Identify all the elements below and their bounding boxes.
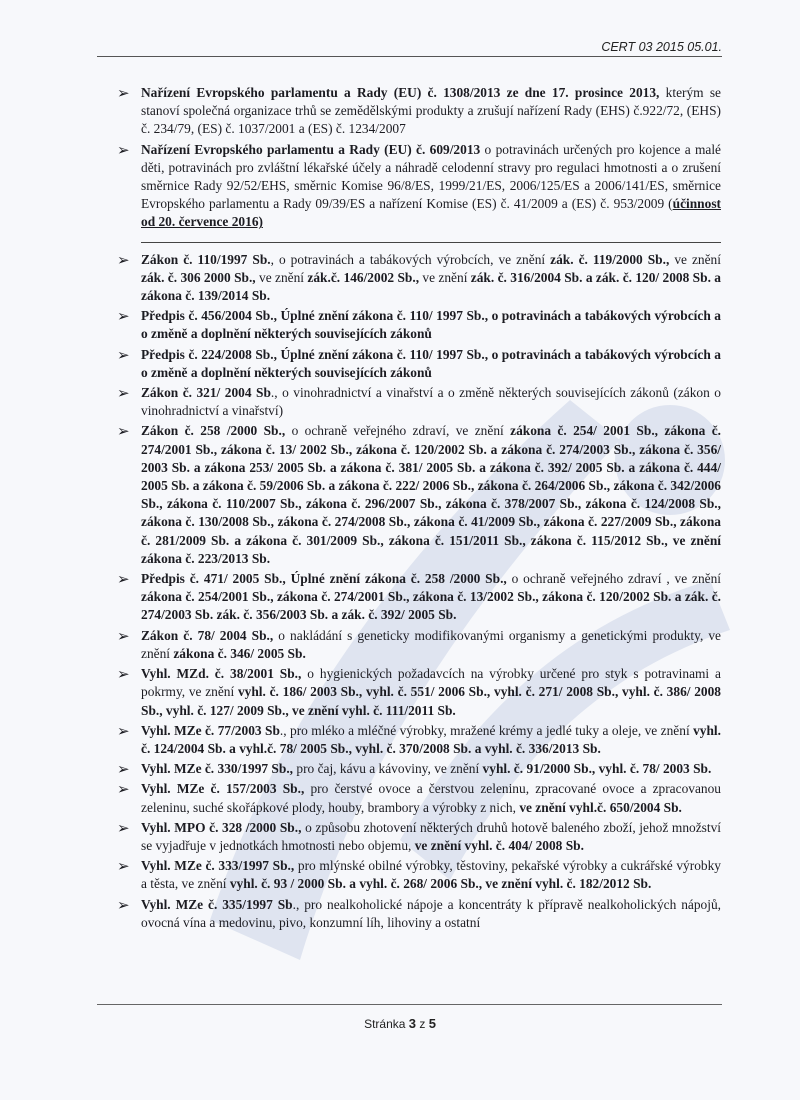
arrow-bullet-icon: ➢ xyxy=(117,760,130,778)
header-divider xyxy=(97,56,722,57)
arrow-bullet-icon: ➢ xyxy=(117,570,130,588)
list-item: ➢Vyhl. MZe č. 333/1997 Sb., pro mlýnské … xyxy=(117,857,721,893)
document-page: CERT 03 2015 05.01. ➢Nařízení Evropského… xyxy=(0,0,800,1100)
list-item: ➢Zákon č. 110/1997 Sb., o potravinách a … xyxy=(117,251,721,306)
legal-reference: Vyhl. MZe č. 157/2003 Sb., xyxy=(141,781,304,796)
arrow-bullet-icon: ➢ xyxy=(117,857,130,875)
legal-reference: zákona č. 346/ 2005 Sb. xyxy=(173,646,305,661)
legal-reference: Nařízení Evropského parlamentu a Rady (E… xyxy=(141,85,659,100)
arrow-bullet-icon: ➢ xyxy=(117,346,130,364)
item-text: ., pro mléko a mléčné výrobky, mražené k… xyxy=(280,723,693,738)
list-item: ➢Vyhl. MZd. č. 38/2001 Sb., o hygienický… xyxy=(117,665,721,720)
legal-reference: Zákon č. 258 /2000 Sb., xyxy=(141,423,285,438)
item-text: ve znění xyxy=(256,270,308,285)
arrow-bullet-icon: ➢ xyxy=(117,84,130,102)
total-pages: 5 xyxy=(429,1016,436,1031)
arrow-bullet-icon: ➢ xyxy=(117,819,130,837)
list-item: ➢Vyhl. MZe č. 330/1997 Sb., pro čaj, káv… xyxy=(117,760,721,778)
list-item: ➢Zákon č. 78/ 2004 Sb., o nakládání s ge… xyxy=(117,627,721,663)
arrow-bullet-icon: ➢ xyxy=(117,307,130,325)
arrow-bullet-icon: ➢ xyxy=(117,665,130,683)
legal-reference: ve znění vyhl. č. 404/ 2008 Sb. xyxy=(415,838,584,853)
list-item: ➢Předpis č. 471/ 2005 Sb., Úplné znění z… xyxy=(117,570,721,625)
legal-reference: zák. č. 306 2000 Sb., xyxy=(141,270,256,285)
legal-reference: Vyhl. MPO č. 328 /2000 Sb., xyxy=(141,820,301,835)
arrow-bullet-icon: ➢ xyxy=(117,722,130,740)
legal-reference: Vyhl. MZe č. 330/1997 Sb., xyxy=(141,761,293,776)
legal-reference: Vyhl. MZe č. 333/1997 Sb., xyxy=(141,858,294,873)
list-item: ➢Vyhl. MZe č. 157/2003 Sb., pro čerstvé … xyxy=(117,780,721,816)
legal-reference: Předpis č. 471/ 2005 Sb., Úplné znění zá… xyxy=(141,571,507,586)
item-text: pro čaj, kávu a kávoviny, ve znění xyxy=(293,761,483,776)
legal-reference: Předpis č. 224/2008 Sb., Úplné znění zák… xyxy=(141,347,721,380)
item-text: , o potravinách a tabákových výrobcích, … xyxy=(271,252,551,267)
legal-reference: zákona č. 254/ 2001 Sb., zákona č. 274/2… xyxy=(141,423,721,565)
list-item: ➢Předpis č. 224/2008 Sb., Úplné znění zá… xyxy=(117,346,721,382)
list-item: ➢Zákon č. 258 /2000 Sb., o ochraně veřej… xyxy=(117,422,721,568)
current-page: 3 xyxy=(409,1016,416,1031)
legislation-list: ➢Nařízení Evropského parlamentu a Rady (… xyxy=(117,84,721,934)
item-text: ve znění xyxy=(419,270,471,285)
arrow-bullet-icon: ➢ xyxy=(117,896,130,914)
legal-reference: zákona č. 254/2001 Sb., zákona č. 274/20… xyxy=(141,589,721,622)
arrow-bullet-icon: ➢ xyxy=(117,780,130,798)
document-code: CERT 03 2015 05.01. xyxy=(601,40,722,54)
list-item: ➢Vyhl. MZe č. 77/2003 Sb., pro mléko a m… xyxy=(117,722,721,758)
legal-reference: Vyhl. MZd. č. 38/2001 Sb., xyxy=(141,666,301,681)
arrow-bullet-icon: ➢ xyxy=(117,627,130,645)
item-text: o ochraně veřejného zdraví , ve znění xyxy=(507,571,721,586)
item-text: ve znění xyxy=(669,252,721,267)
arrow-bullet-icon: ➢ xyxy=(117,422,130,440)
list-item: ➢Nařízení Evropského parlamentu a Rady (… xyxy=(117,141,721,232)
list-item: ➢Zákon č. 321/ 2004 Sb., o vinohradnictv… xyxy=(117,384,721,420)
arrow-bullet-icon: ➢ xyxy=(117,384,130,402)
list-item: ➢Vyhl. MZe č. 335/1997 Sb., pro nealkoho… xyxy=(117,896,721,932)
legal-reference: Nařízení Evropského parlamentu a Rady (E… xyxy=(141,142,480,157)
legal-reference: zák. č. 119/2000 Sb., xyxy=(550,252,669,267)
arrow-bullet-icon: ➢ xyxy=(117,251,130,269)
legal-reference: Zákon č. 321/ 2004 Sb xyxy=(141,385,271,400)
page-number: Stránka 3 z 5 xyxy=(0,1016,800,1031)
legal-reference: vyhl. č. 91/2000 Sb., vyhl. č. 78/ 2003 … xyxy=(483,761,712,776)
item-text: o ochraně veřejného zdraví, ve znění xyxy=(285,423,510,438)
legal-reference: zák.č. 146/2002 Sb., xyxy=(307,270,419,285)
legal-reference: Zákon č. 78/ 2004 Sb., xyxy=(141,628,273,643)
page-label: Stránka xyxy=(364,1017,405,1031)
list-item: ➢Nařízení Evropského parlamentu a Rady (… xyxy=(117,84,721,139)
section-divider xyxy=(141,242,721,243)
legal-reference: ve znění vyhl.č. 650/2004 Sb. xyxy=(519,800,682,815)
list-item: ➢Předpis č. 456/2004 Sb., Úplné znění zá… xyxy=(117,307,721,343)
arrow-bullet-icon: ➢ xyxy=(117,141,130,159)
legal-reference: vyhl. č. 93 / 2000 Sb. a vyhl. č. 268/ 2… xyxy=(230,876,651,891)
legal-reference: Předpis č. 456/2004 Sb., Úplné znění zák… xyxy=(141,308,721,341)
list-item: ➢Vyhl. MPO č. 328 /2000 Sb., o způsobu z… xyxy=(117,819,721,855)
legal-reference: Zákon č. 110/1997 Sb. xyxy=(141,252,271,267)
legal-reference: Vyhl. MZe č. 77/2003 Sb xyxy=(141,723,280,738)
legal-reference: Vyhl. MZe č. 335/1997 Sb xyxy=(141,897,293,912)
footer-divider xyxy=(97,1004,722,1005)
page-separator: z xyxy=(419,1017,425,1031)
